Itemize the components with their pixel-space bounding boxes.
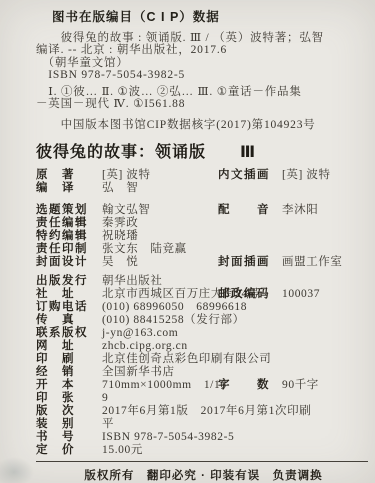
credit-value: zhcb.cipg.org.cn [102,340,188,353]
credit-label: 出版发行 [36,275,102,288]
footer-divider [36,461,368,462]
credit-row: 原 著[英] 波特内文插画[英] 波特 [36,169,371,182]
credit-value: 100037 [282,288,320,301]
credit-label: 内文插画 [218,169,282,182]
cip-header: 图书在版编目（C I P）数据 [52,10,371,25]
credit-right-group: 内文插画[英] 波特 [218,169,331,182]
credit-value: 画盟工作室 [282,256,343,269]
credit-row: 责任印制张文东 陆竞赢 [36,243,371,256]
cip-line: （朝华童文馆） [36,57,371,69]
credit-row: 印 张9 [36,392,371,405]
cip-classification-line: Ⅰ. ①彼… Ⅱ. ①波… ②弘… Ⅲ. ①童话－作品集 [36,86,371,98]
credit-row: 特约编辑祝晓璠 [36,230,371,243]
credit-value: 90千字 [282,379,319,392]
credit-value: 710mm×1000mm 1/16 [102,379,227,392]
credit-row: 出版发行朝华出版社 [36,275,371,288]
credit-label: 经 销 [36,366,102,379]
credit-value: (010) 68996050 68996618 [102,301,247,314]
credit-row: 选题策划翰文弘智配 音李沐阳 [36,204,371,217]
credit-label: 邮政编码 [218,288,282,301]
credit-label: 责任编辑 [36,217,102,230]
credit-row: 责任编辑秦霁政 [36,217,371,230]
credit-right-group: 配 音李沐阳 [218,204,318,217]
credit-right-group: 字 数90千字 [218,379,319,392]
credit-label: 装 别 [36,418,102,431]
credit-label: 配 音 [218,204,282,217]
credit-value: [英] 波特 [102,169,151,182]
credit-value: 全国新华书店 [102,366,175,379]
credit-row: 开 本710mm×1000mm 1/16字 数90千字 [36,379,371,392]
credit-label: 特约编辑 [36,230,102,243]
credit-row: 传 真(010) 88415258（发行部） [36,314,371,327]
credit-value: 吴 悦 [102,256,138,269]
credit-right-group: 封面插画画盟工作室 [218,256,343,269]
credit-label: 社 址 [36,288,102,301]
credit-value: 李沐阳 [282,204,318,217]
cip-classification-block: Ⅰ. ①彼… Ⅱ. ①波… ②弘… Ⅲ. ①童话－作品集－英国－现代 Ⅳ. ①I… [36,86,371,111]
credit-label: 封面插画 [218,256,282,269]
credit-label: 封面设计 [36,256,102,269]
cip-line: 彼得兔的故事 : 领诵版. Ⅲ / （英）波特著；弘智 [36,32,371,44]
credit-row: 编 译弘 智 [36,182,371,195]
credit-label: 开 本 [36,379,102,392]
credit-right-group: 邮政编码100037 [218,288,320,301]
credit-value: 15.00元 [102,444,143,457]
credit-value: 朝华出版社 [102,275,163,288]
credit-label: 选题策划 [36,204,102,217]
book-title: 彼得兔的故事：领诵版 Ⅲ [36,143,371,162]
credit-value: 平 [102,418,114,431]
credit-label: 传 真 [36,314,102,327]
credit-label: 责任印制 [36,243,102,256]
credit-row: 书 号ISBN 978-7-5054-3982-5 [36,431,371,444]
credits-section: 原 著[英] 波特内文插画[英] 波特编 译弘 智选题策划翰文弘智配 音李沐阳责… [36,169,371,457]
credit-label: 定 价 [36,444,102,457]
credit-value: 2017年6月第1版 2017年6月第1次印刷 [102,405,311,418]
credit-group: 选题策划翰文弘智配 音李沐阳责任编辑秦霁政特约编辑祝晓璠责任印制张文东 陆竞赢封… [36,204,371,269]
credit-label: 书 号 [36,431,102,444]
cip-record-block: 彼得兔的故事 : 领诵版. Ⅲ / （英）波特著；弘智编译. -- 北京 : 朝… [36,32,371,82]
cip-line: 编译. -- 北京 : 朝华出版社，2017.6 [36,44,371,56]
credit-row: 网 址zhcb.cipg.org.cn [36,340,371,353]
credit-row: 联系版权j-yn@163.com [36,327,371,340]
credit-row: 订购电话(010) 68996050 68996618 [36,301,371,314]
credit-row: 装 别平 [36,418,371,431]
credit-row: 社 址北京市西城区百万庄大街24号邮政编码100037 [36,288,371,301]
credit-row: 版 次2017年6月第1版 2017年6月第1次印刷 [36,405,371,418]
cip-record-number: 中国版本图书馆CIP数据核字(2017)第104923号 [36,119,371,132]
cip-classification-line: －英国－现代 Ⅳ. ①I561.88 [36,98,371,110]
credit-value: [英] 波特 [282,169,331,182]
credit-label: 印 张 [36,392,102,405]
credit-value: ISBN 978-7-5054-3982-5 [102,431,234,444]
credit-label: 印 刷 [36,353,102,366]
credit-label: 字 数 [218,379,282,392]
credit-value: 秦霁政 [102,217,138,230]
credit-label: 联系版权 [36,327,102,340]
credit-label: 订购电话 [36,301,102,314]
credit-row: 封面设计吴 悦封面插画画盟工作室 [36,256,371,269]
cip-line: ISBN 978-7-5054-3982-5 [36,69,371,81]
scan-smudge [0,457,34,483]
copyright-page: 图书在版编目（C I P）数据 彼得兔的故事 : 领诵版. Ⅲ / （英）波特著… [0,0,375,483]
credit-value: 9 [102,392,108,405]
credit-value: j-yn@163.com [102,327,178,340]
credit-group: 原 著[英] 波特内文插画[英] 波特编 译弘 智 [36,169,371,195]
credit-value: 翰文弘智 [102,204,150,217]
credit-value: 祝晓璠 [102,230,138,243]
credit-label: 网 址 [36,340,102,353]
credit-value: (010) 88415258（发行部） [102,314,245,327]
credit-row: 定 价15.00元 [36,444,371,457]
credit-label: 原 著 [36,169,102,182]
credit-group: 出版发行朝华出版社社 址北京市西城区百万庄大街24号邮政编码100037订购电话… [36,275,371,457]
credit-row: 印 刷北京佳创奇点彩色印刷有限公司 [36,353,371,366]
credit-value: 北京佳创奇点彩色印刷有限公司 [102,353,271,366]
credit-label: 编 译 [36,182,102,195]
credit-label: 版 次 [36,405,102,418]
credit-value: 张文东 陆竞赢 [102,243,187,256]
credit-row: 经 销全国新华书店 [36,366,371,379]
copyright-notice: 版权所有 翻印必究 · 印装有误 负责调换 [36,467,371,483]
credit-value: 弘 智 [102,182,138,195]
